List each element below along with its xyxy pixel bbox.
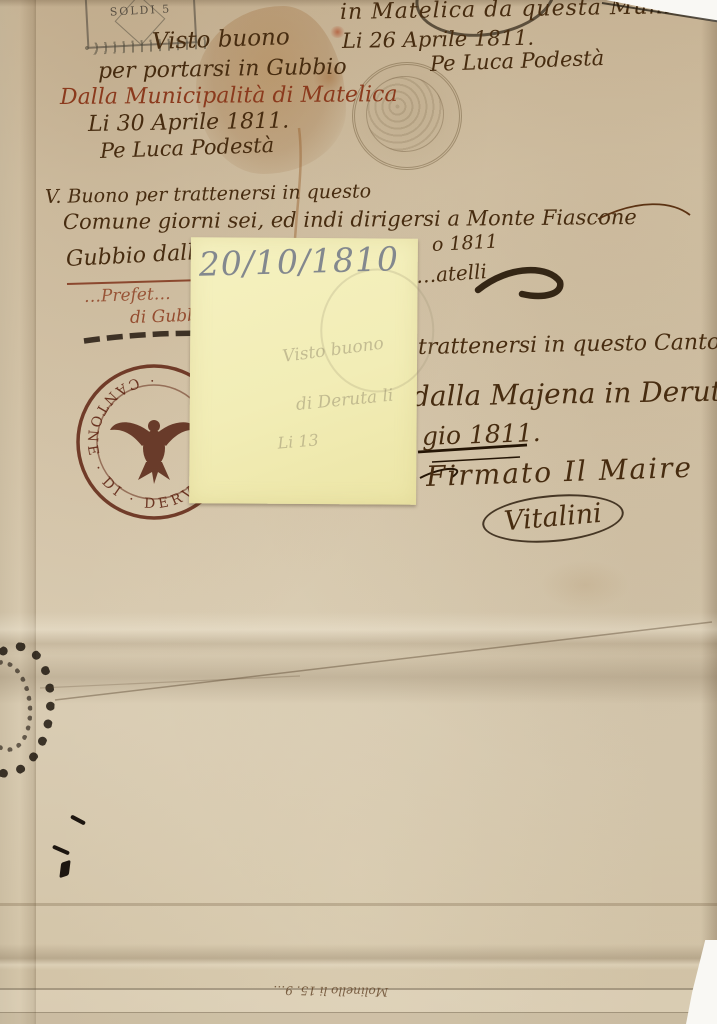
hw-comune-giorni: Comune giorni sei, ed indi dirigersi a M… — [63, 207, 637, 233]
note-showthrough-2: di Deruta li — [295, 386, 394, 415]
note-pencil-date: 20/10/1810 — [198, 239, 399, 284]
imperial-eagle-icon — [110, 420, 198, 484]
vitalini-signature-oval: Vitalini — [480, 489, 625, 548]
hw-vitalini: Vitalini — [482, 495, 624, 542]
hw-date-30: Li 30 Aprile 1811. — [88, 110, 290, 136]
hw-portarsi: per portarsi in Gubbio — [98, 57, 347, 83]
hw-signature-frag: …atelli — [415, 261, 487, 286]
tax-stamp-label: SOLDI 5 — [87, 1, 194, 20]
note-showthrough-3: Li 13 — [277, 430, 320, 452]
scanned-document: SOLDI 5 · CANTONE · DI · DERVTA · — [0, 0, 717, 1024]
hw-dalla-majena: dalla Majena in Deruta — [412, 377, 717, 411]
hw-dalla-municipalita: Dalla Municipalità di Matelica — [60, 84, 398, 109]
hw-gubbio-mark-line1: …Prefet… — [84, 286, 171, 306]
hw-visto-buono: Visto buono — [152, 26, 291, 54]
hw-date-frag: o 1811 — [432, 233, 499, 255]
sticky-note: 20/10/1810 Visto buono di Deruta li Li 1… — [189, 237, 418, 505]
hw-bottom-inverted: Molinello li 15. 9… — [273, 984, 388, 998]
hw-trattenersi: trattenersi in questo Cantone — [418, 331, 717, 359]
hw-gio-1811: gio 1811. — [422, 420, 541, 449]
note-showthrough-circle — [320, 268, 435, 393]
